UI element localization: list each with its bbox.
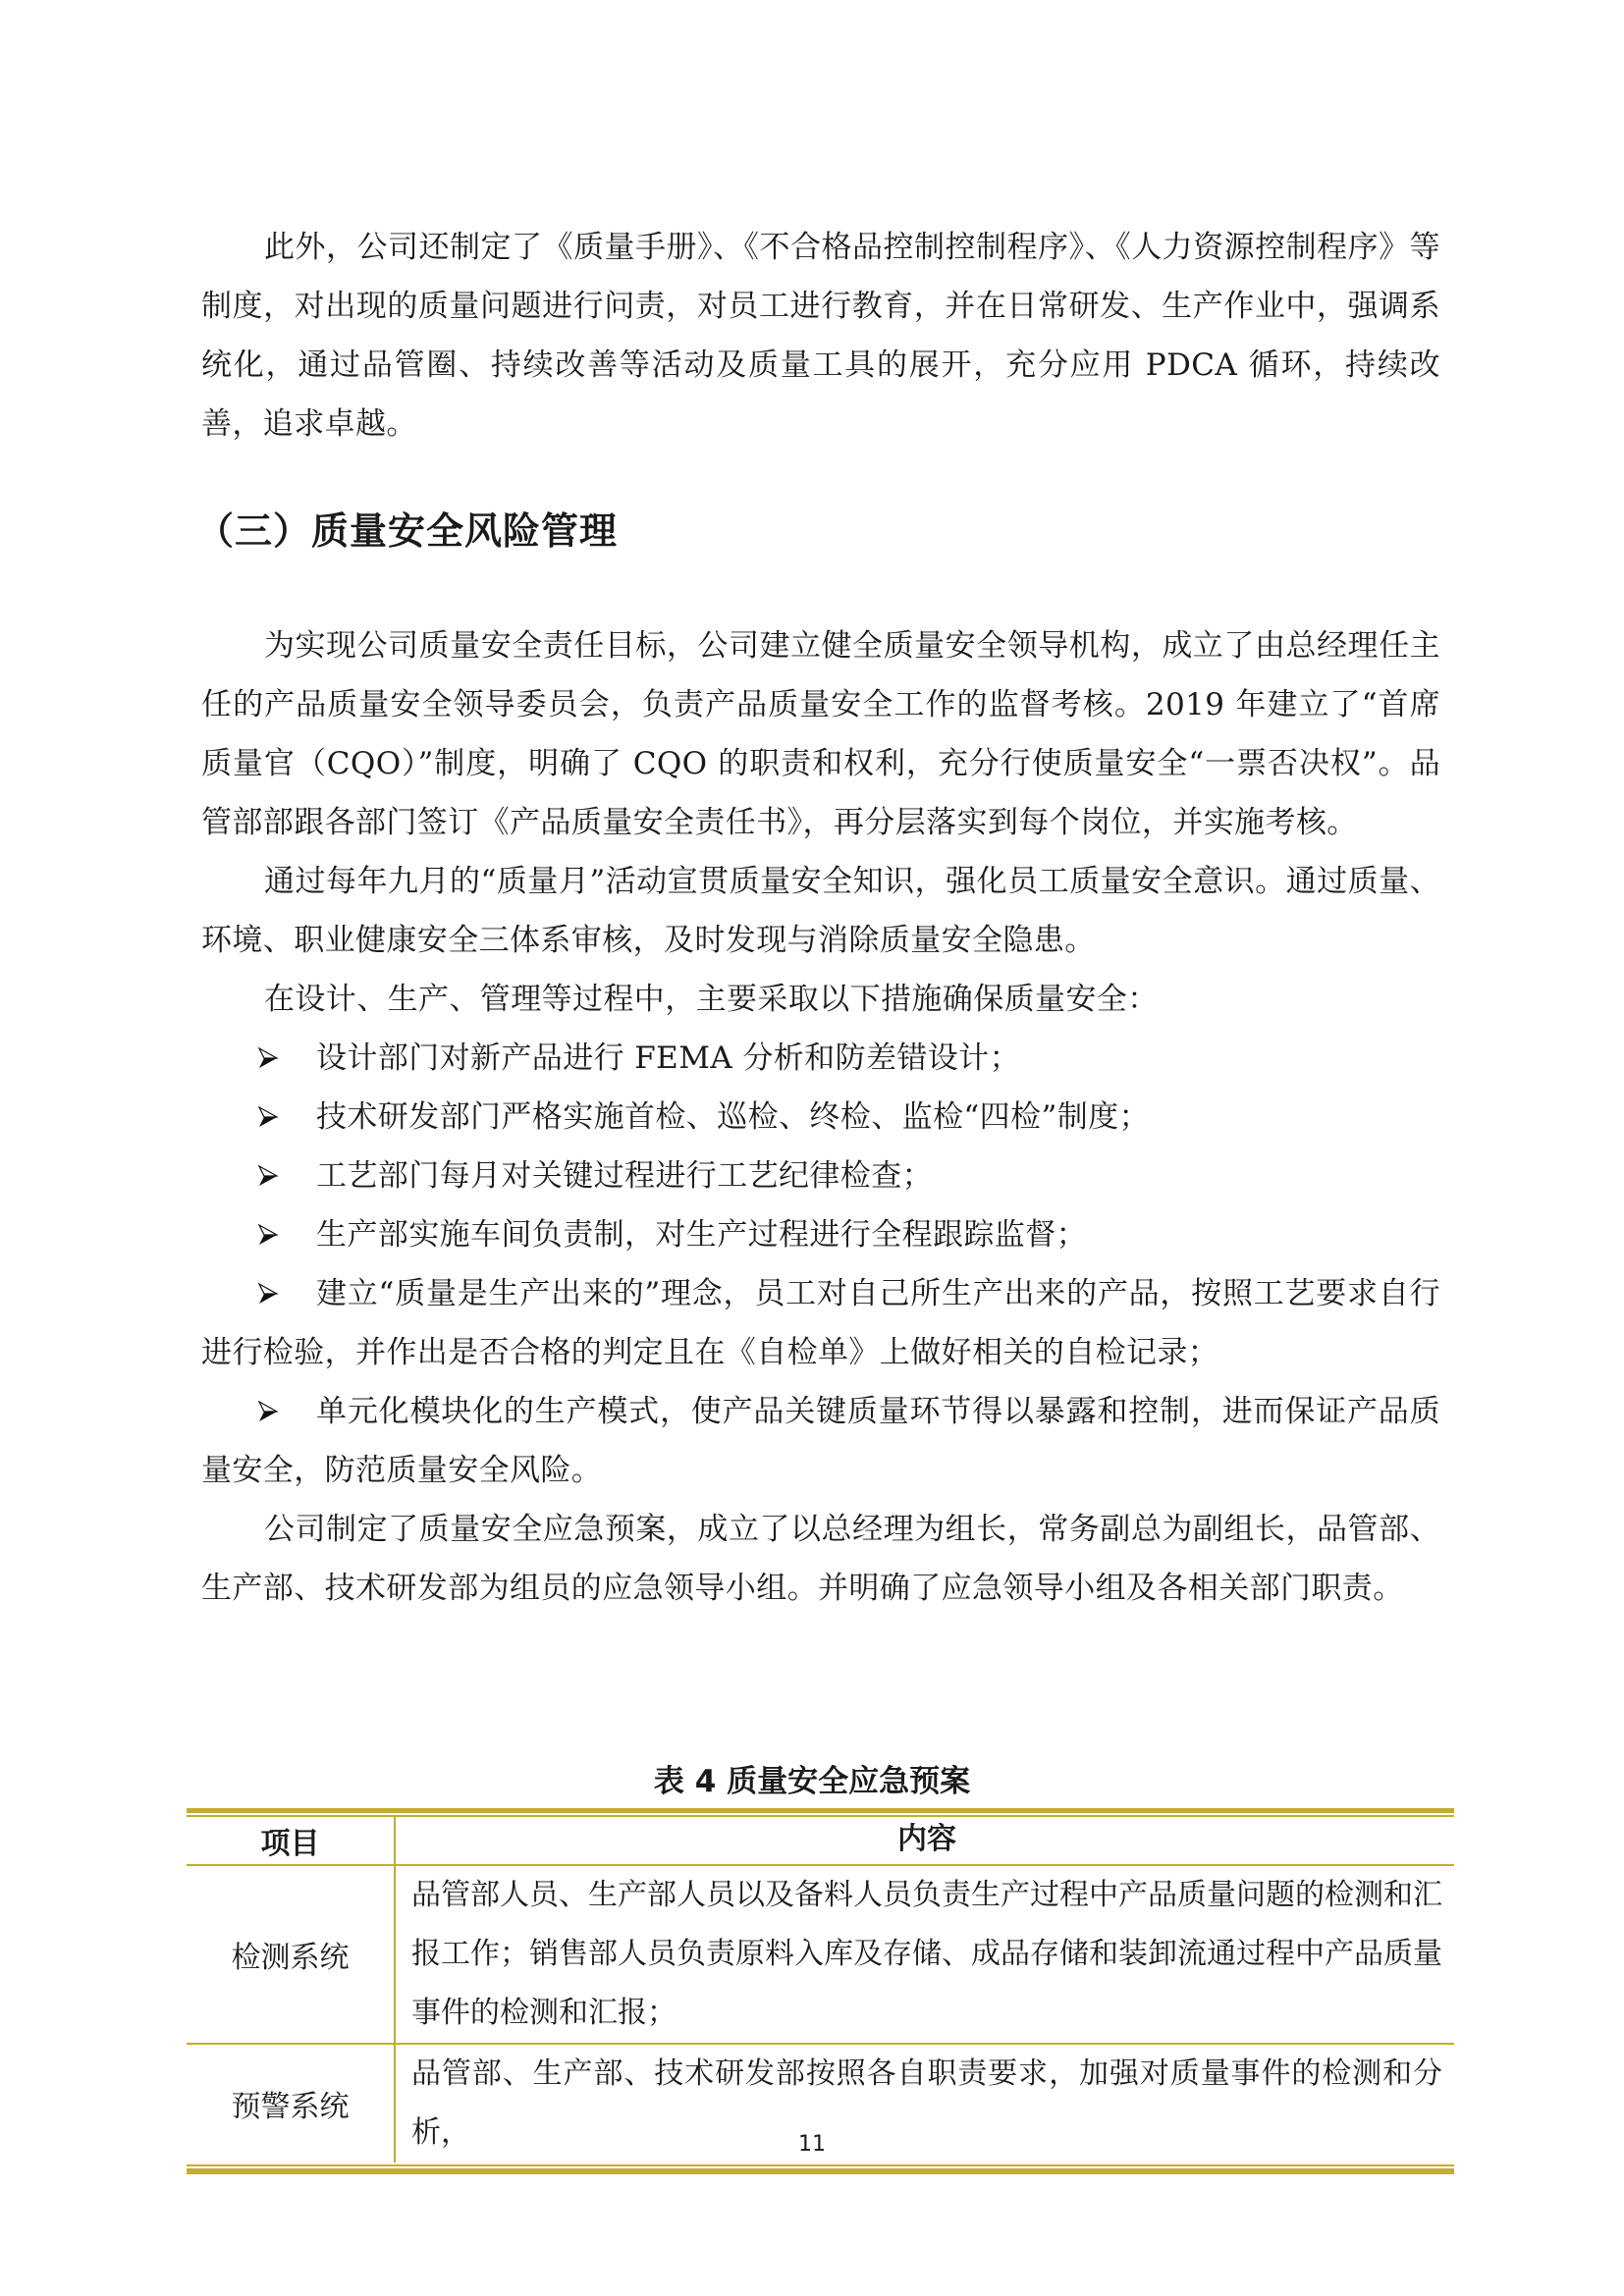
table-caption: 表 4 质量安全应急预案: [0, 1757, 1624, 1806]
document-page: 此外，公司还制定了《质量手册》、《不合格品控制控制程序》、《人力资源控制程序》等…: [0, 0, 1624, 2296]
paragraph-emergency-plan: 公司制定了质量安全应急预案，成立了以总经理为组长，常务副总为副组长，品管部、生产…: [201, 1500, 1440, 1618]
header-content: 内容: [396, 1817, 1454, 1864]
section-heading: （三）质量安全风险管理: [196, 501, 618, 555]
arrow-bullet-icon: [258, 1165, 278, 1187]
paragraph-quality-month: 通过每年九月的“质量月”活动宣贯质量安全知识，强化员工质量安全意识。通过质量、环…: [201, 852, 1440, 970]
arrow-bullet-icon: [258, 1106, 278, 1128]
table-header-row: 项目 内容: [187, 1817, 1454, 1866]
bullet-item: 工艺部门每月对关键过程进行工艺纪律检查；: [201, 1147, 1440, 1205]
row-label: 检测系统: [187, 1866, 396, 2043]
emergency-plan-table: 项目 内容 检测系统 品管部人员、生产部人员以及备料人员负责生产过程中产品质量问…: [187, 1808, 1454, 2174]
table-bottom-rule-thin: [187, 2164, 1454, 2166]
arrow-bullet-icon: [258, 1401, 278, 1422]
table-bottom-rule: [187, 2168, 1454, 2174]
table-row: 检测系统 品管部人员、生产部人员以及备料人员负责生产过程中产品质量问题的检测和汇…: [187, 1866, 1454, 2045]
bullet-item: 生产部实施车间负责制，对生产过程进行全程跟踪监督；: [201, 1205, 1440, 1264]
bullet-item: 单元化模块化的生产模式，使产品关键质量环节得以暴露和控制，进而保证产品质量安全，…: [201, 1382, 1440, 1500]
page-number: 11: [0, 2132, 1624, 2157]
bullet-item: 技术研发部门严格实施首检、巡检、终检、监检“四检”制度；: [201, 1088, 1440, 1147]
body-section: 为实现公司质量安全责任目标，公司建立健全质量安全领导机构，成立了由总经理任主任的…: [201, 616, 1440, 1618]
arrow-bullet-icon: [258, 1283, 278, 1305]
arrow-bullet-icon: [258, 1047, 278, 1069]
bullet-item: 设计部门对新产品进行 FEMA 分析和防差错设计；: [201, 1029, 1440, 1088]
header-item: 项目: [187, 1817, 396, 1864]
table-top-rule: [187, 1808, 1454, 1813]
row-content: 品管部人员、生产部人员以及备料人员负责生产过程中产品质量问题的检测和汇报工作；销…: [396, 1866, 1454, 2043]
intro-paragraph: 此外，公司还制定了《质量手册》、《不合格品控制控制程序》、《人力资源控制程序》等…: [201, 218, 1440, 454]
arrow-bullet-icon: [258, 1224, 278, 1246]
bullet-item: 建立“质量是生产出来的”理念，员工对自己所生产出来的产品，按照工艺要求自行进行检…: [201, 1264, 1440, 1382]
paragraph-measures-intro: 在设计、生产、管理等过程中，主要采取以下措施确保质量安全：: [201, 970, 1440, 1029]
paragraph-leadership: 为实现公司质量安全责任目标，公司建立健全质量安全领导机构，成立了由总经理任主任的…: [201, 616, 1440, 852]
